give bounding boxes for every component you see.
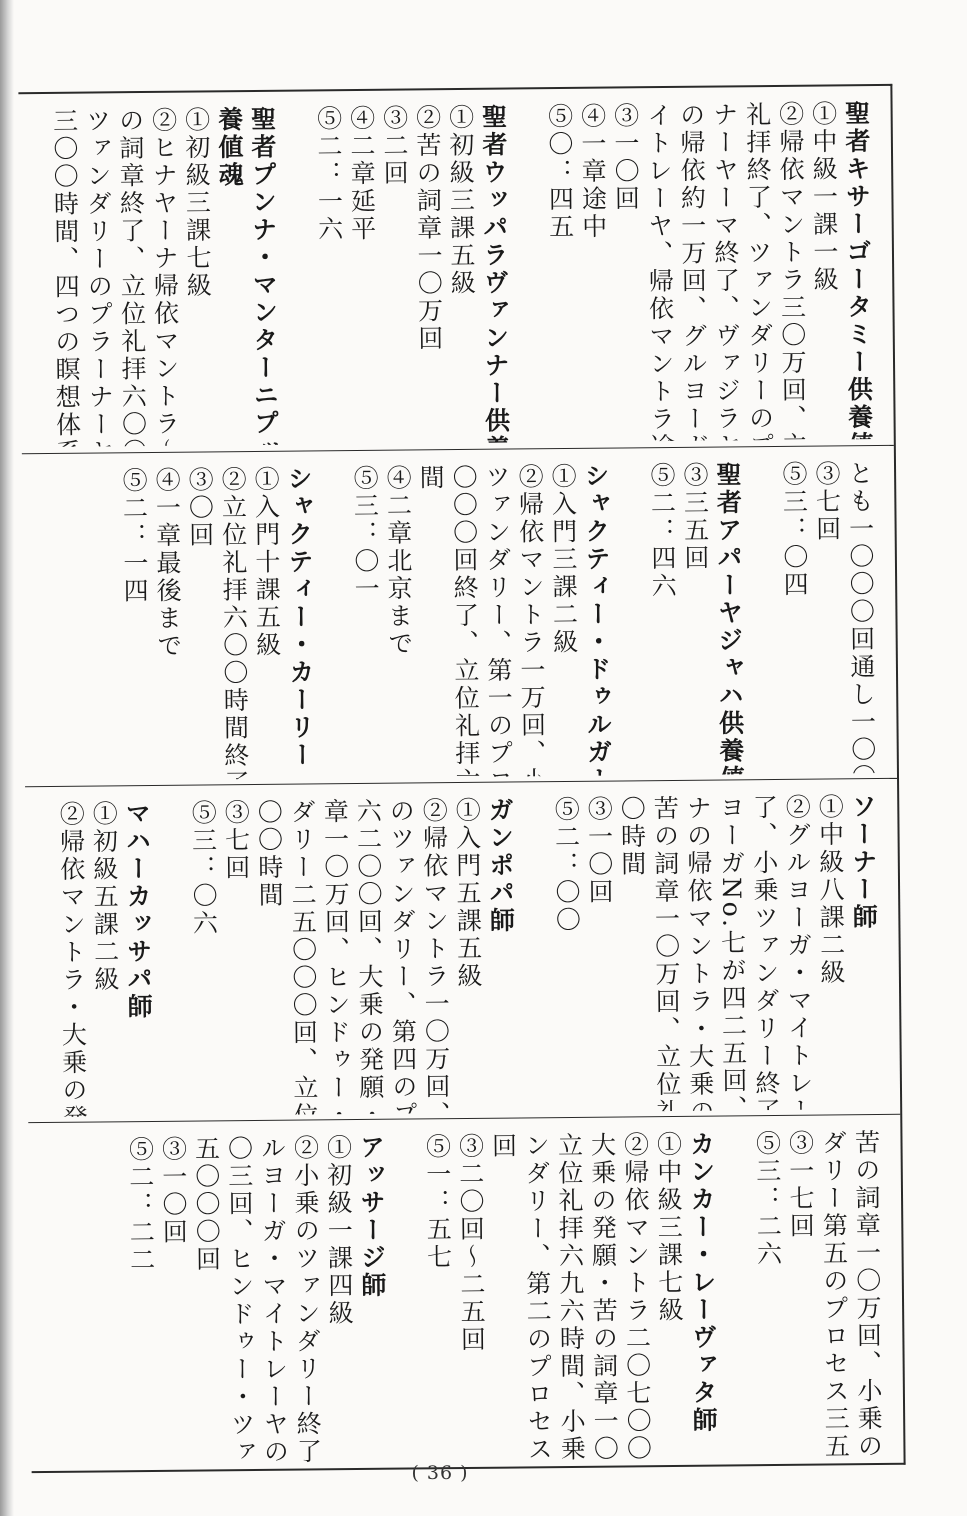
text-column: ダリー二五〇〇〇回、立位礼拝六	[285, 798, 321, 1114]
text-column: ンダリー、第二のプロセス七四〇	[519, 1132, 555, 1461]
entry-heading: 聖者プンナ・マンターニプッタ供	[246, 106, 282, 445]
document-frame: 聖者キサーゴータミー供養値魂①中級一課一級②帰依マントラ三〇万回、立位礼拝終了、…	[18, 84, 905, 1473]
text-column: ⑤三：〇六	[186, 799, 222, 1115]
text-column: ②帰依マントラ二〇七〇〇〇回、	[618, 1131, 654, 1460]
entry-heading: シャクティー・ドゥルガー	[579, 463, 615, 776]
text-column: 大乗の発願・苦の詞章一〇万回、	[585, 1132, 621, 1461]
text-column: ⑤一：五七	[420, 1133, 456, 1462]
text-column: ⑤三：二六	[750, 1130, 786, 1459]
text-column: の詞章終了、立位礼拝六〇〇時間、	[114, 107, 150, 446]
text-column: ①初級五課二級	[87, 800, 123, 1116]
entry-heading: ソーナー師	[846, 793, 882, 1109]
text-column: ①初級三課七級	[180, 106, 216, 445]
text-column: ④一章途中	[576, 103, 612, 442]
text-column: ④二章北京まで	[381, 464, 417, 777]
text-column: ④一章最後まで	[150, 467, 186, 780]
text-column: ①入門五課五級	[450, 797, 486, 1113]
text-column: 章一〇万回、ヒンドゥー・ツァン	[318, 798, 354, 1114]
band-1: 聖者キサーゴータミー供養値魂①中級一課一級②帰依マントラ三〇万回、立位礼拝終了、…	[18, 86, 893, 453]
text-column: ③二回	[378, 104, 414, 443]
text-column: 〇時間	[615, 795, 651, 1111]
text-column: ⑤三：〇四	[777, 461, 813, 774]
page-number: ( 36 )	[0, 1462, 880, 1484]
text-column: ①中級八課二級	[813, 793, 849, 1109]
text-column: ①初級一課四級	[321, 1134, 357, 1463]
text-column: ヨーガNo.七が四二五回、ヒナヤー	[714, 794, 750, 1110]
text-column: のツァンダリー、第四のプロセス	[384, 797, 420, 1113]
text-column: ③七回	[219, 799, 255, 1115]
text-column: ①入門三課二級	[546, 463, 582, 776]
text-column: ナの帰依マントラ・大乗の発願・	[681, 795, 717, 1111]
text-column: ①入門十課五級	[249, 466, 285, 779]
entry-heading: アッサージ師	[354, 1134, 390, 1463]
text-column: ③〇回	[183, 466, 219, 779]
text-column: 礼拝終了、ツァンダリーのプラー	[741, 101, 777, 440]
text-column: ツァンダリーのプラーナーヤーマ	[81, 107, 117, 446]
text-column: ③七回	[810, 460, 846, 773]
band-3-columns: ソーナー師①中級八課二級②グルヨーガ・マイトレーヤ終了、小乗ツァンダリー終了、グ…	[25, 793, 882, 1117]
band-1-columns: 聖者キサーゴータミー供養値魂①中級一課一級②帰依マントラ三〇万回、立位礼拝終了、…	[19, 100, 876, 447]
text-column: ⑤二：四六	[645, 462, 681, 775]
text-column: 〇三回、ヒンドゥー・ツァンダリー	[222, 1135, 258, 1464]
text-column: 間	[414, 464, 450, 777]
text-column: イトレーヤ、帰依マントラ途中	[642, 102, 678, 441]
band-2-columns: とも一〇〇〇回通し一〇〇回③七回⑤三：〇四聖者アパーヤジャハ供養値魂③三五回⑤二…	[22, 460, 879, 781]
text-column: ⑤二：二二	[123, 1136, 159, 1465]
entry-heading: シャクティー・カーリー	[282, 465, 318, 778]
text-column: 三〇〇時間、四つの瞑想体系四つ	[48, 108, 84, 447]
text-column: ②グルヨーガ・マイトレーヤ終	[780, 794, 816, 1110]
text-column: ①初級三課五級	[444, 104, 480, 443]
text-column: 苦の詞章一〇万回、小乗のツァン	[849, 1129, 885, 1458]
text-column: 五〇〇〇回	[189, 1135, 225, 1464]
text-column: ①中級三課七級	[651, 1131, 687, 1460]
band-4: 苦の詞章一〇万回、小乗のツァンダリー第五のプロセス三五〇回③一七回⑤三：二六カン…	[28, 1114, 903, 1472]
text-column: とも一〇〇〇回通し一〇〇回	[843, 460, 879, 773]
text-column: ③一七回	[783, 1130, 819, 1459]
text-column: ②帰依マントラ三〇万回、立位	[774, 101, 810, 440]
text-column: 苦の詞章一〇万回、立位礼拝六〇	[648, 795, 684, 1111]
text-column: ③二〇回～二五回	[453, 1133, 489, 1462]
entry-heading: 養値魂	[213, 106, 249, 445]
text-column: ③一〇回	[582, 796, 618, 1112]
text-column: ②帰依マントラ・大乗の発願・	[54, 801, 90, 1117]
entry-heading: 聖者キサーゴータミー供養値魂	[840, 100, 876, 439]
entry-heading: ガンポパ師	[483, 796, 519, 1112]
entry-heading: マハーカッサパ師	[120, 800, 156, 1116]
text-column: ③一〇回	[609, 102, 645, 441]
text-column: ②ヒナヤーナ帰依マントラ～苦	[147, 107, 183, 446]
text-column: ②帰依マントラ一〇万回、小乗	[417, 797, 453, 1113]
entry-heading: カンカー・レーヴァタ師	[684, 1131, 720, 1460]
text-column: ②小乗のツァンダリー終了、グ	[288, 1134, 324, 1463]
text-column: 〇〇時間	[252, 799, 288, 1115]
text-column: ④二章延平	[345, 105, 381, 444]
text-column: ⑤二：一四	[117, 467, 153, 780]
text-column: 了、小乗ツァンダリー終了、グル	[747, 794, 783, 1110]
text-column: ⑤三：〇一	[348, 465, 384, 778]
text-column: ②立位礼拝六〇〇時間終了	[216, 466, 252, 779]
text-column: ②帰依マントラ一万回、小乗の	[513, 463, 549, 776]
entry-heading: 聖者アパーヤジャハ供養値魂	[711, 461, 747, 774]
text-column: 六二〇〇回、大乗の発願・苦の詞	[351, 798, 387, 1114]
text-column: ②苦の詞章一〇万回	[411, 104, 447, 443]
band-4-columns: 苦の詞章一〇万回、小乗のツァンダリー第五のプロセス三五〇回③一七回⑤三：二六カン…	[28, 1129, 885, 1466]
text-column: ルヨーガ・マイトレーヤの瞑想二	[255, 1135, 291, 1464]
band-2: とも一〇〇〇回通し一〇〇回③七回⑤三：〇四聖者アパーヤジャハ供養値魂③三五回⑤二…	[22, 445, 897, 787]
text-column: ⑤二：一六	[312, 105, 348, 444]
text-column: ⑤二：〇〇	[549, 796, 585, 1112]
text-column: の帰依約一万回、グルヨーガ・マ	[675, 102, 711, 441]
text-column: 回	[486, 1132, 522, 1461]
text-column: 〇〇〇回終了、立位礼拝六〇〇時	[447, 464, 483, 777]
text-column: 立位礼拝六九六時間、小乗のツァ	[552, 1132, 588, 1461]
text-column: ⑤〇：四五	[543, 103, 579, 442]
page-edge-shadow	[0, 0, 14, 1516]
text-column: ダリー第五のプロセス三五〇回	[816, 1129, 852, 1458]
text-column: ナーヤーマ終了、ヴァジラヤーナ	[708, 101, 744, 440]
text-column: ③一〇回	[156, 1136, 192, 1465]
entry-heading: 聖者ウッパラヴァンナー供養値魂	[477, 104, 513, 443]
text-column: ツァンダリー、第一のプロセス一	[480, 463, 516, 776]
text-column: ③三五回	[678, 462, 714, 775]
band-3: ソーナー師①中級八課二級②グルヨーガ・マイトレーヤ終了、小乗ツァンダリー終了、グ…	[25, 778, 900, 1123]
text-column: ①中級一課一級	[807, 100, 843, 439]
